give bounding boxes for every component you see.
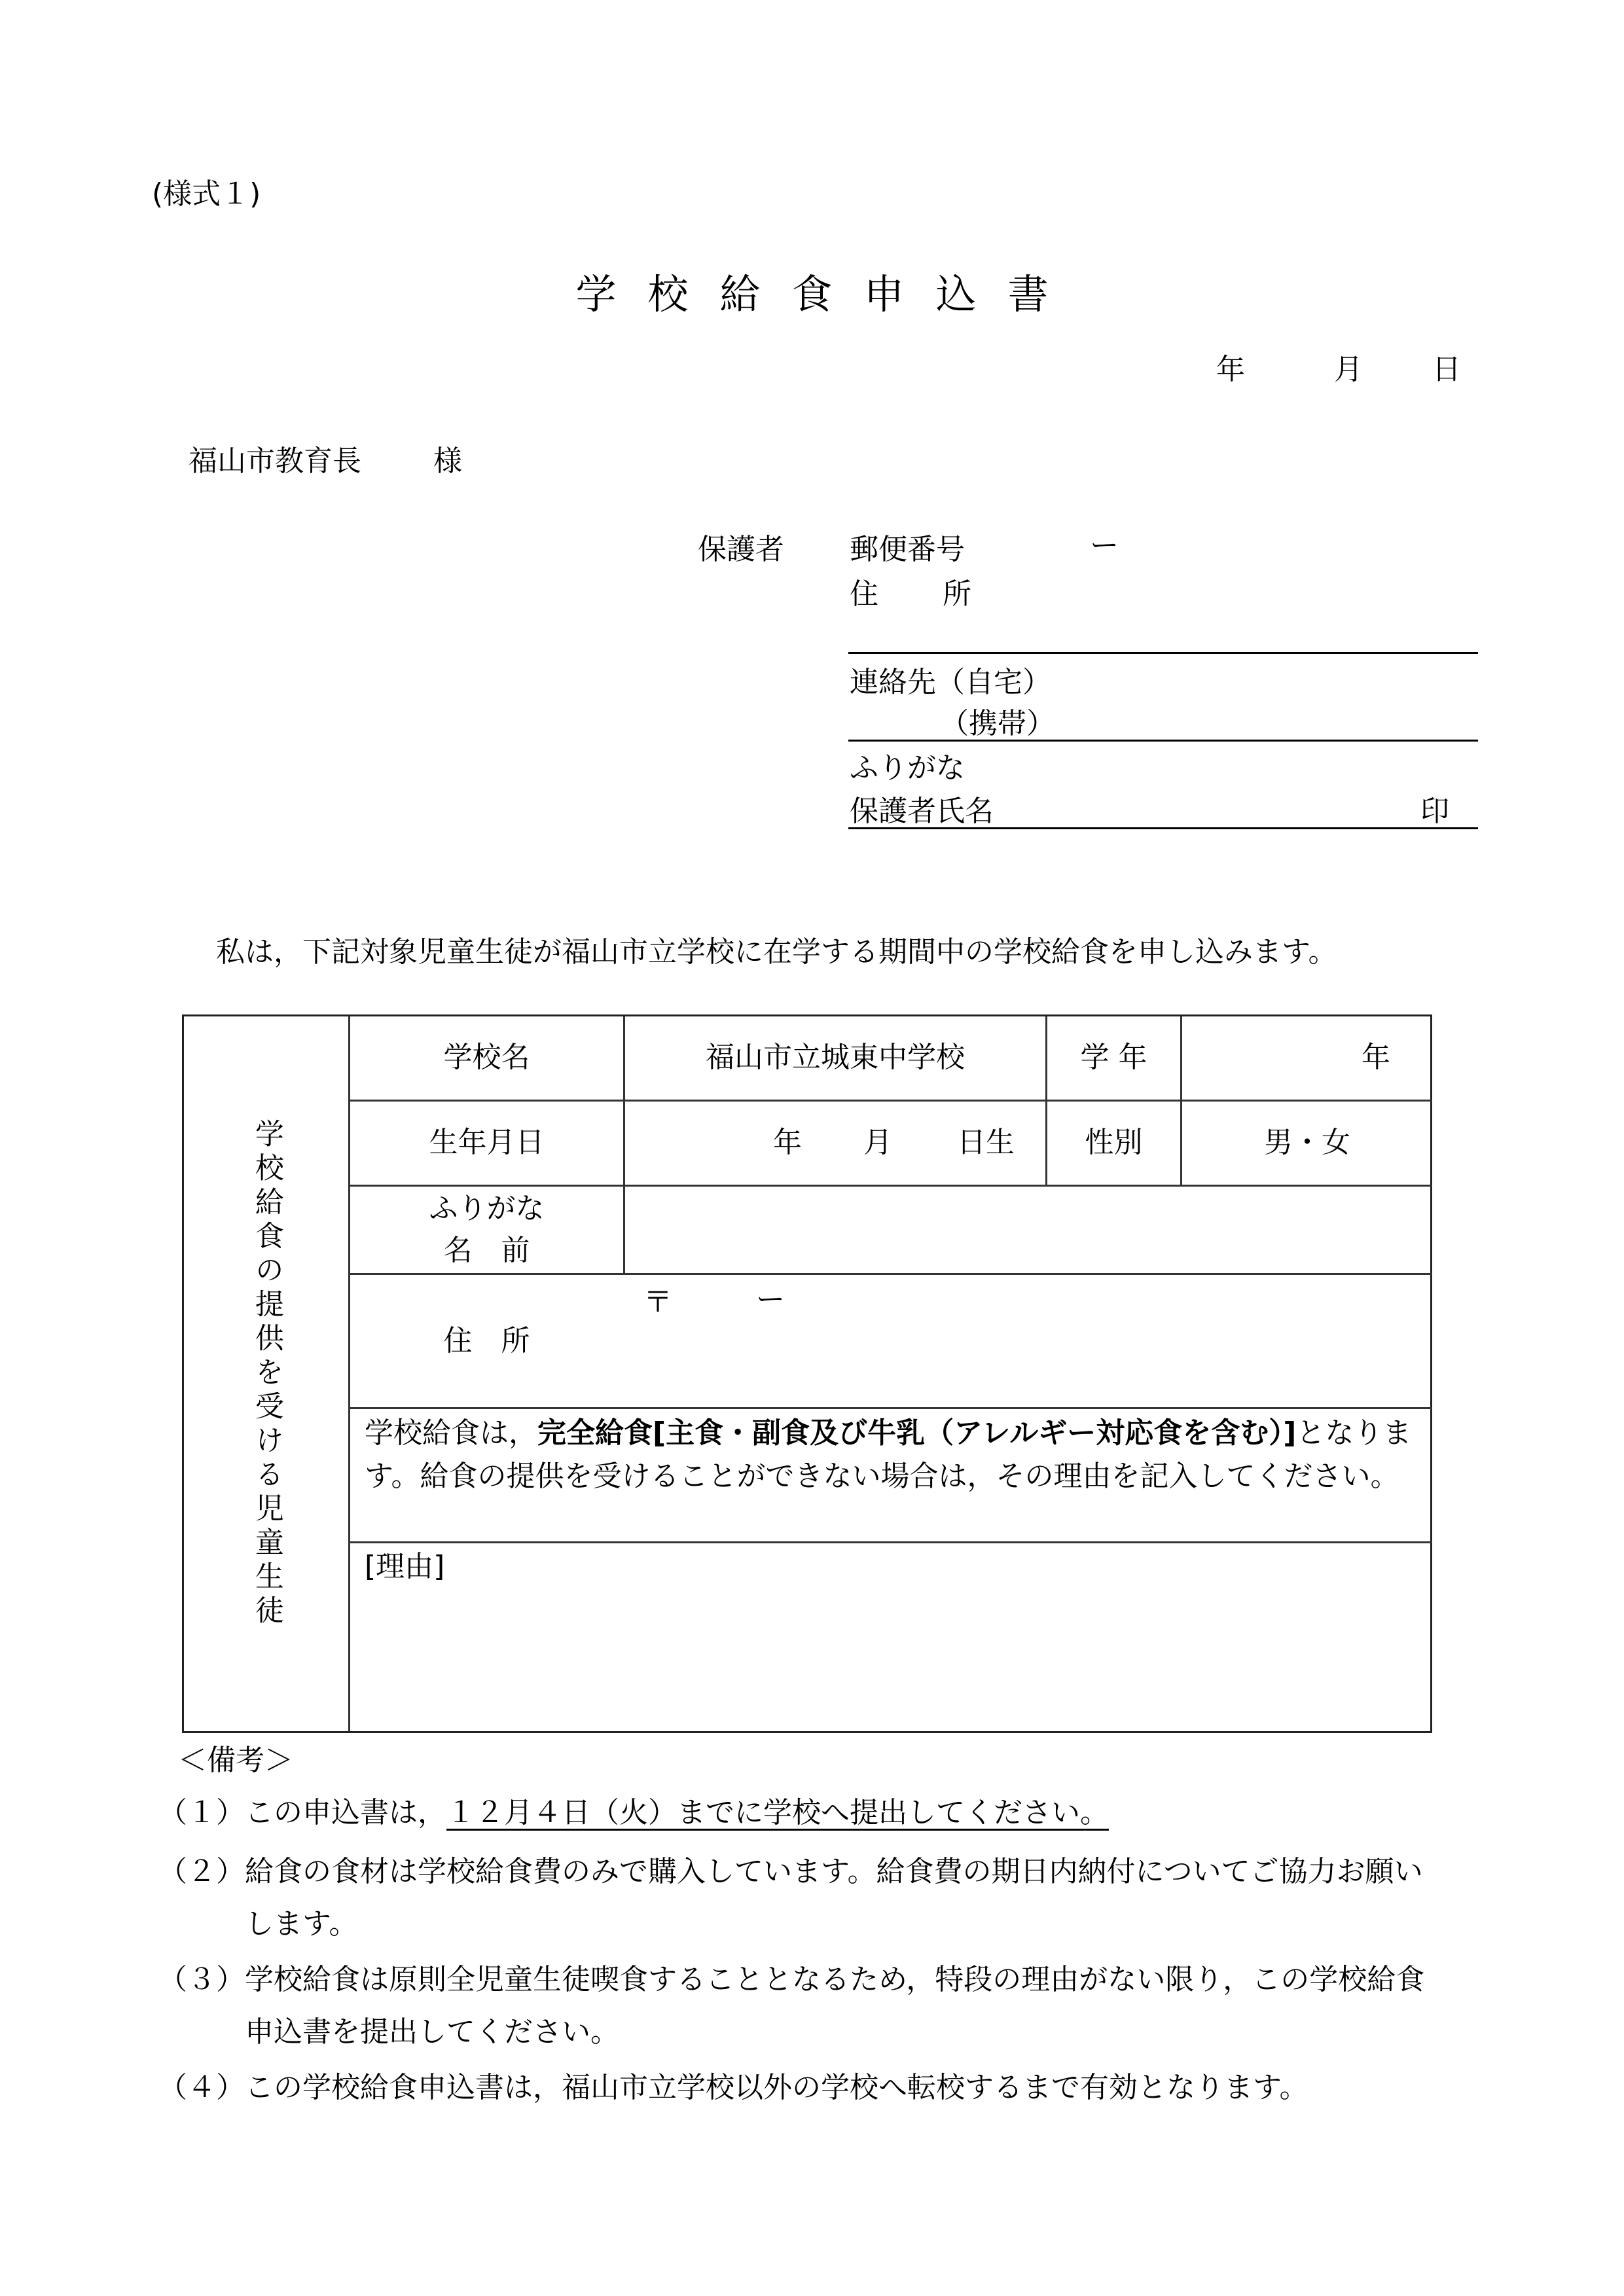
remark-text: 給食の食材は学校給食費のみで購入しています。給食費の期日内納付についてご協力お願… <box>245 1855 1423 1888</box>
remark-num: （４） <box>158 2071 245 2104</box>
gender-field[interactable]: 男・女 <box>1182 1102 1432 1185</box>
seal-label: 印 <box>1420 797 1449 826</box>
reason-label: [理由] <box>365 1545 444 1588</box>
gender-label-text: 性別 <box>1085 1126 1143 1160</box>
guardian-furigana-label: ふりがな <box>850 754 965 783</box>
table-divider <box>348 1407 1432 1409</box>
student-address-label-text: 住 所 <box>444 1324 530 1359</box>
remark-item-3: （３）学校給食は原則全児童生徒喫食することとなるため，特段の理由がない限り，この… <box>158 1965 1424 1994</box>
remark-num: （２） <box>158 1855 245 1888</box>
contact-home-label: 連絡先（自宅） <box>850 668 1051 697</box>
remarks-heading: ＜備考＞ <box>178 1746 293 1775</box>
addressee-name: 福山市教育長 <box>189 447 361 476</box>
student-address-field[interactable]: 〒 ー <box>625 1275 1432 1407</box>
date-year-label: 年 <box>1216 355 1245 384</box>
gender-options[interactable]: 男・女 <box>1264 1126 1350 1160</box>
birthdate-day: 日生 <box>957 1126 1015 1160</box>
remark-item-2-cont: します。 <box>245 1910 357 1939</box>
guardian-address-label-1: 住 <box>850 580 878 609</box>
remark-item-3-cont: 申込書を提出してください。 <box>245 2018 619 2047</box>
contact-home-field[interactable] <box>1060 664 1478 701</box>
gender-label: 性別 <box>1047 1102 1180 1185</box>
reason-field[interactable] <box>350 1586 1432 1731</box>
guardian-address-field[interactable] <box>982 576 1478 651</box>
notice-bold: 完全給食[主食・副食及び牛乳（アレルギー対応食を含む）] <box>537 1416 1296 1450</box>
form-label: (様式１) <box>152 180 261 209</box>
side-header: 学校給食の提供を受ける児童生徒 <box>249 1119 283 1629</box>
birthdate-label: 生年月日 <box>350 1102 623 1185</box>
guardian-furigana-field[interactable] <box>982 750 1478 787</box>
address-underline <box>848 652 1478 654</box>
grade-field[interactable]: 年 <box>1182 1016 1432 1100</box>
postal-code-field[interactable] <box>982 530 1440 567</box>
grade-label-text: 学 年 <box>1081 1041 1147 1075</box>
table-divider <box>348 1541 1432 1543</box>
date-fields: 年 月 日 <box>0 355 1624 388</box>
school-name-value: 福山市立城東中学校 <box>625 1016 1045 1100</box>
school-name-label-text: 学校名 <box>444 1041 530 1075</box>
birthdate-month: 月 <box>863 1126 892 1160</box>
guardian-section-label: 保護者 <box>698 535 784 564</box>
student-name-label-text: 名 前 <box>444 1230 530 1272</box>
page-title: 学校給食申込書 <box>0 262 1624 320</box>
meal-notice: 学校給食は，完全給食[主食・副食及び牛乳（アレルギー対応食を含む）]となります。… <box>365 1412 1422 1498</box>
contact-mobile-field[interactable] <box>1060 706 1478 740</box>
school-name-value-text: 福山市立城東中学校 <box>706 1041 965 1075</box>
student-info-table: 学校給食の提供を受ける児童生徒 学校名 福山市立城東中学校 学 年 年 生年月日… <box>182 1014 1432 1733</box>
postal-mark: 〒 <box>643 1285 672 1320</box>
student-furigana-label: ふりがな <box>429 1188 545 1230</box>
remark-item-2: （２）給食の食材は学校給食費のみで購入しています。給食費の期日内納付についてご協… <box>158 1857 1423 1886</box>
student-name-label: ふりがな 名 前 <box>350 1187 623 1273</box>
student-name-field[interactable] <box>625 1187 1432 1273</box>
guardian-name-underline <box>848 827 1478 829</box>
birthdate-field[interactable]: 年 月 日生 <box>625 1102 1045 1185</box>
grade-label: 学 年 <box>1047 1016 1180 1100</box>
school-name-label: 学校名 <box>350 1016 623 1100</box>
remark-item-4: （４）この学校給食申込書は，福山市立学校以外の学校へ転校するまで有効となります。 <box>158 2073 1308 2102</box>
addressee-honorific: 様 <box>433 447 462 476</box>
date-day-label: 日 <box>1432 355 1461 384</box>
guardian-name-label: 保護者氏名 <box>850 797 994 826</box>
birthdate-year: 年 <box>773 1126 802 1160</box>
remark-num: （１） <box>158 1796 245 1829</box>
application-statement: 私は，下記対象児童生徒が福山市立学校に在学する期間中の学校給食を申し込みます。 <box>216 938 1337 967</box>
remark-item-1: （１）この申込書は，１２月４日（火）までに学校へ提出してください。 <box>158 1799 1109 1827</box>
birthdate-label-text: 生年月日 <box>429 1126 545 1160</box>
guardian-name-field[interactable] <box>1008 793 1401 827</box>
grade-suffix: 年 <box>1362 1041 1390 1075</box>
remark-text: この学校給食申込書は，福山市立学校以外の学校へ転校するまで有効となります。 <box>245 2071 1308 2104</box>
contact-mobile-label: （携帯） <box>940 709 1055 738</box>
date-month-label: 月 <box>1334 355 1363 384</box>
guardian-address-label-2: 所 <box>943 580 971 609</box>
remark-text: 学校給食は原則全児童生徒喫食することとなるため，特段の理由がない限り，この学校給… <box>245 1963 1424 1996</box>
student-address-label: 住 所 <box>350 1275 623 1407</box>
contact-underline <box>848 740 1478 742</box>
remark-text: この申込書は， <box>245 1796 446 1829</box>
side-header-cell: 学校給食の提供を受ける児童生徒 <box>184 1016 348 1731</box>
student-postal-separator: ー <box>756 1283 785 1318</box>
deadline-text: １２月４日（火）までに学校へ提出してください。 <box>446 1796 1109 1829</box>
postal-code-label: 郵便番号 <box>850 535 965 564</box>
remark-num: （３） <box>158 1963 245 1996</box>
notice-prefix: 学校給食は， <box>365 1416 537 1450</box>
